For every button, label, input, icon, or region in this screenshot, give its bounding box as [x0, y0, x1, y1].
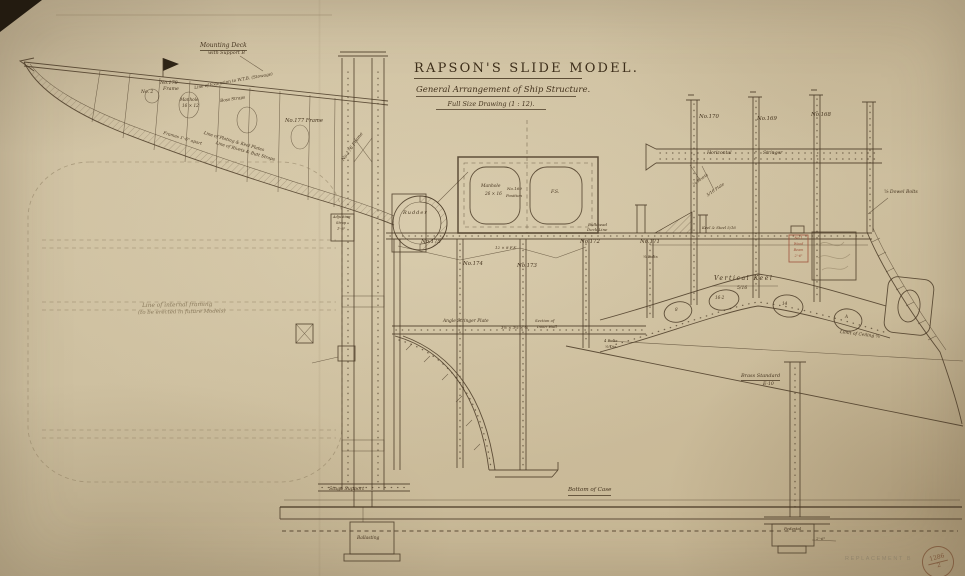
rudder-boss: [331, 172, 468, 252]
stringer-word-2: Stringer: [763, 152, 782, 157]
scale-note: Full Size Drawing (1 : 12).: [436, 101, 546, 110]
red-note-2: Wood: [790, 243, 807, 247]
bow-manhole-label: Manhole: [180, 98, 199, 102]
upper-frames: [686, 90, 876, 305]
strap-label-1: Adjusting: [333, 216, 350, 220]
frame-170-label: No.170: [699, 115, 719, 121]
vertical-keel-label: Vertical Keel: [714, 276, 773, 283]
frame-168-label: No.168: [811, 113, 831, 119]
frame-172-label: No.172: [580, 240, 600, 246]
strap-label-2: Strap: [336, 222, 346, 226]
frame-175-label: No.175: [421, 240, 441, 246]
red-note-1: No.1: [790, 237, 807, 241]
rudder-label: Rudder: [403, 211, 428, 216]
angle-stringer-label: Angle Stringer Plate: [443, 320, 489, 325]
box-manhole-label: Manhole: [481, 185, 500, 190]
drawing-sheet: RAPSON'S SLIDE MODEL. General Arrangemen…: [0, 0, 965, 576]
keel-hole-4: A: [845, 315, 848, 319]
box-manhole-size: 26 × 16: [485, 192, 502, 196]
stage-support-label: Stage Support: [329, 487, 364, 492]
pedestal-label: Pedestal: [784, 527, 801, 531]
curved-bracket: [395, 336, 558, 477]
strap-label-3: 1'-3": [337, 228, 345, 232]
center-columns: [338, 52, 388, 490]
bolts-note: ⅝ Bolts: [643, 255, 658, 259]
section-size-note: 12 × 8 F.K.: [495, 246, 517, 250]
red-note-4: 2'-6": [790, 255, 807, 259]
keel-steel-note: Keel & Steel 5/16: [702, 226, 736, 230]
section-note-1: Section of: [535, 319, 554, 323]
bottom-of-case-label: Bottom of Case: [568, 488, 611, 496]
angle-size-note: 3½ × 3½ × ⅜: [501, 326, 528, 330]
internal-framing-ghost: [28, 162, 342, 482]
red-note-3: Beam: [790, 249, 807, 253]
box-right-label: F.S.: [551, 191, 559, 196]
frame-169-label: No.169: [757, 117, 777, 123]
case-base: [280, 500, 962, 531]
box-center-label-2: Position: [506, 194, 522, 198]
keel-hole-1: 8: [675, 308, 678, 312]
frame-178-label-2: Frame: [163, 87, 179, 92]
ballasting-label: Ballasting: [357, 537, 379, 542]
frame-171-label: No.171: [640, 240, 660, 246]
bow-manhole-size: 16 × 12: [182, 104, 199, 108]
stamp-denominator: 2: [936, 562, 941, 569]
bulkhead-deck-label-2: Deck Line: [587, 228, 607, 232]
dowel-bolts-note: ⅝ Dowel Bolts: [884, 191, 918, 196]
box-center-label-1: No.169: [507, 187, 522, 191]
page-subtitle: General Arrangement of Ship Structure.: [416, 86, 576, 97]
keel-hole-3: 14: [782, 302, 787, 306]
hole-no2-label: No. 2: [141, 91, 153, 96]
stringer-word-1: Horizontal: [707, 152, 732, 157]
keel-hole-2: 16·2: [715, 296, 724, 300]
frame-174-label: No.174: [463, 262, 483, 268]
standard-code-label: E-10: [763, 383, 774, 388]
vertical-keel-sub: 5/16: [737, 287, 747, 292]
side-shell: [867, 228, 962, 424]
brass-standard-label: Brass Standard: [741, 374, 780, 381]
pedestal-size-label: 2'-6": [816, 537, 825, 541]
mounting-deck-sub-label: with Support B: [208, 51, 245, 56]
frame-177-label: No.177 Frame: [285, 119, 323, 124]
section-note-2: Inner Hull: [537, 325, 557, 329]
bolts4-note-2: ⅝ Dia.: [605, 345, 618, 349]
bolts4-note-1: 4 Bolts: [604, 339, 617, 343]
replacement-stamp: REPLACEMENT B: [845, 557, 912, 563]
bulkhead-manhole-box: [458, 120, 598, 233]
brass-standard-pedestal: [764, 362, 836, 553]
frame-178-label: No.178: [160, 81, 178, 86]
frame-173-label: No.173: [517, 264, 537, 270]
page-title: RAPSON'S SLIDE MODEL.: [414, 62, 582, 79]
column-foot-ballast: [318, 484, 410, 561]
